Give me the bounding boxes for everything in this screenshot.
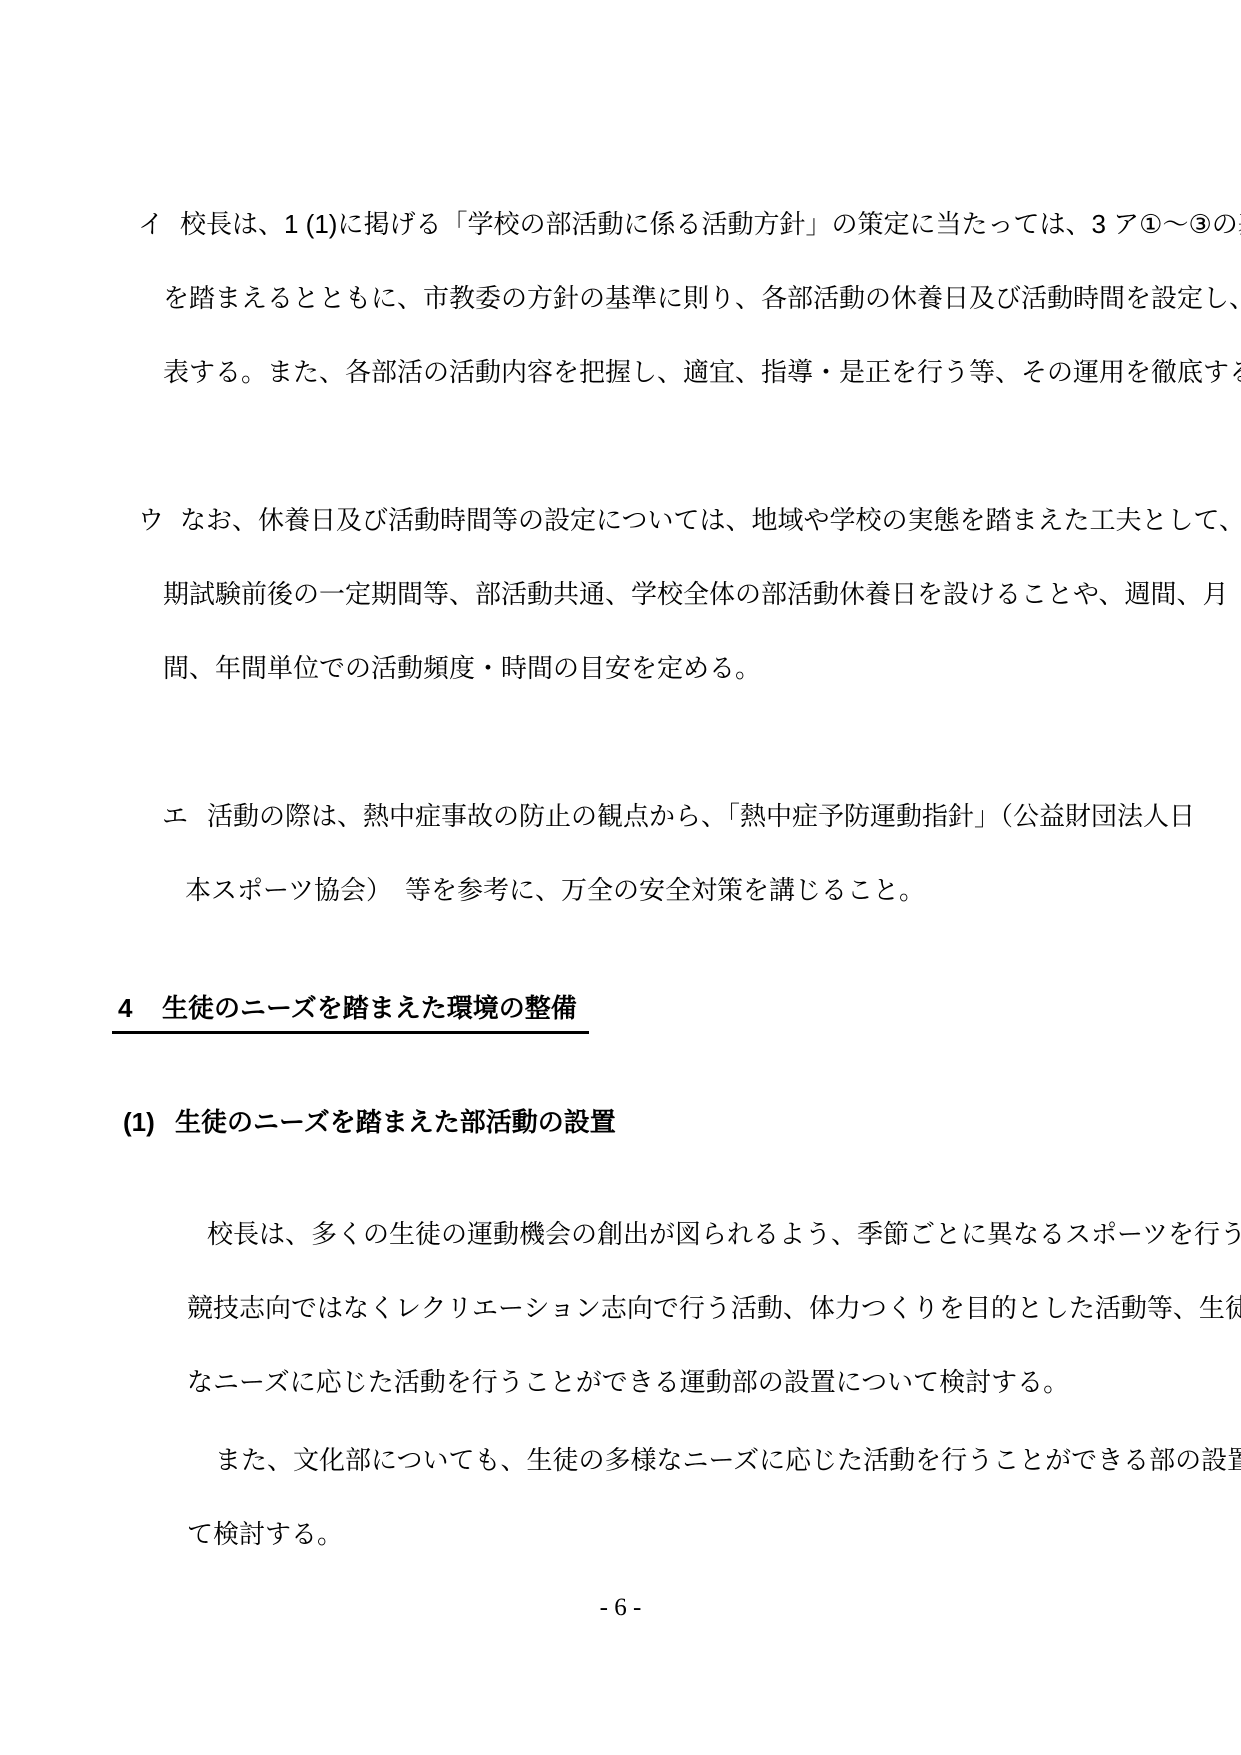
list-item-i-line-1: イ校長は、1 (1)に掲げる「学校の部活動に係る活動方針」の策定に当たっては、3… <box>0 187 1241 261</box>
list-item-u-text: なお、休養日及び活動時間等の設定については、地域や学校の実態を踏まえた工夫として… <box>180 505 1241 535</box>
paragraph-sports-clubs: 校長は、多くの生徒の運動機会の創出が図られるよう、季節ごとに異なるスポーツを行う… <box>0 1197 1241 1419</box>
paragraph-culture-clubs-line-2: て検討する。 <box>0 1497 1241 1571</box>
paragraph-sports-clubs-line-1: 校長は、多くの生徒の運動機会の創出が図られるよう、季節ごとに異なるスポーツを行う… <box>0 1197 1241 1271</box>
list-item-u-line-2: 期試験前後の一定期間等、部活動共通、学校全体の部活動休養日を設けることや、週間、… <box>0 557 1241 631</box>
list-item-i: イ校長は、1 (1)に掲げる「学校の部活動に係る活動方針」の策定に当たっては、3… <box>0 187 1241 409</box>
paragraph-culture-clubs-line-1: また、文化部についても、生徒の多様なニーズに応じた活動を行うことができる部の設置… <box>0 1423 1241 1497</box>
list-item-u: ウなお、休養日及び活動時間等の設定については、地域や学校の実態を踏まえた工夫とし… <box>0 483 1241 705</box>
section-4-title: 生徒のニーズを踏まえた環境の整備 <box>162 993 577 1023</box>
document-page: イ校長は、1 (1)に掲げる「学校の部活動に係る活動方針」の策定に当たっては、3… <box>0 0 1241 1755</box>
list-item-i-line-3: 表する。また、各部活の活動内容を把握し、適宜、指導・是正を行う等、その運用を徹底… <box>0 335 1241 409</box>
list-item-u-line-1: ウなお、休養日及び活動時間等の設定については、地域や学校の実態を踏まえた工夫とし… <box>0 483 1241 557</box>
section-4-heading: 4生徒のニーズを踏まえた環境の整備 <box>0 971 1241 1045</box>
subsection-1-number: (1) <box>123 1085 175 1159</box>
section-4-heading-underline: 4生徒のニーズを踏まえた環境の整備 <box>112 987 589 1034</box>
list-item-i-text: 校長は、1 (1)に掲げる「学校の部活動に係る活動方針」の策定に当たっては、3 … <box>180 209 1241 239</box>
list-item-e-text: 活動の際は、熱中症事故の防止の観点から、「熱中症予防運動指針」（公益財団法人日 <box>207 801 1195 831</box>
paragraph-culture-clubs: また、文化部についても、生徒の多様なニーズに応じた活動を行うことができる部の設置… <box>0 1423 1241 1571</box>
list-item-e-line-2: 本スポーツ協会） 等を参考に、万全の安全対策を講じること。 <box>0 853 1241 927</box>
list-item-u-line-3: 間、年間単位での活動頻度・時間の目安を定める。 <box>0 631 1241 705</box>
list-item-e-line-1: エ活動の際は、熱中症事故の防止の観点から、「熱中症予防運動指針」（公益財団法人日 <box>0 779 1241 853</box>
list-item-u-marker: ウ <box>138 483 180 557</box>
paragraph-sports-clubs-line-3: なニーズに応じた活動を行うことができる運動部の設置について検討する。 <box>0 1345 1241 1419</box>
page-content: イ校長は、1 (1)に掲げる「学校の部活動に係る活動方針」の策定に当たっては、3… <box>0 0 1241 1645</box>
subsection-1-title: 生徒のニーズを踏まえた部活動の設置 <box>175 1107 616 1137</box>
paragraph-sports-clubs-line-2: 競技志向ではなくレクリエーション志向で行う活動、体力つくりを目的とした活動等、生… <box>0 1271 1241 1345</box>
list-item-i-line-2: を踏まえるとともに、市教委の方針の基準に則り、各部活動の休養日及び活動時間を設定… <box>0 261 1241 335</box>
subsection-1-heading: (1)生徒のニーズを踏まえた部活動の設置 <box>0 1085 1241 1159</box>
section-4-number: 4 <box>118 987 162 1029</box>
list-item-i-marker: イ <box>138 187 180 261</box>
list-item-e-marker: エ <box>162 779 207 853</box>
page-number: - 6 - <box>0 1571 1241 1645</box>
list-item-e: エ活動の際は、熱中症事故の防止の観点から、「熱中症予防運動指針」（公益財団法人日… <box>0 779 1241 927</box>
